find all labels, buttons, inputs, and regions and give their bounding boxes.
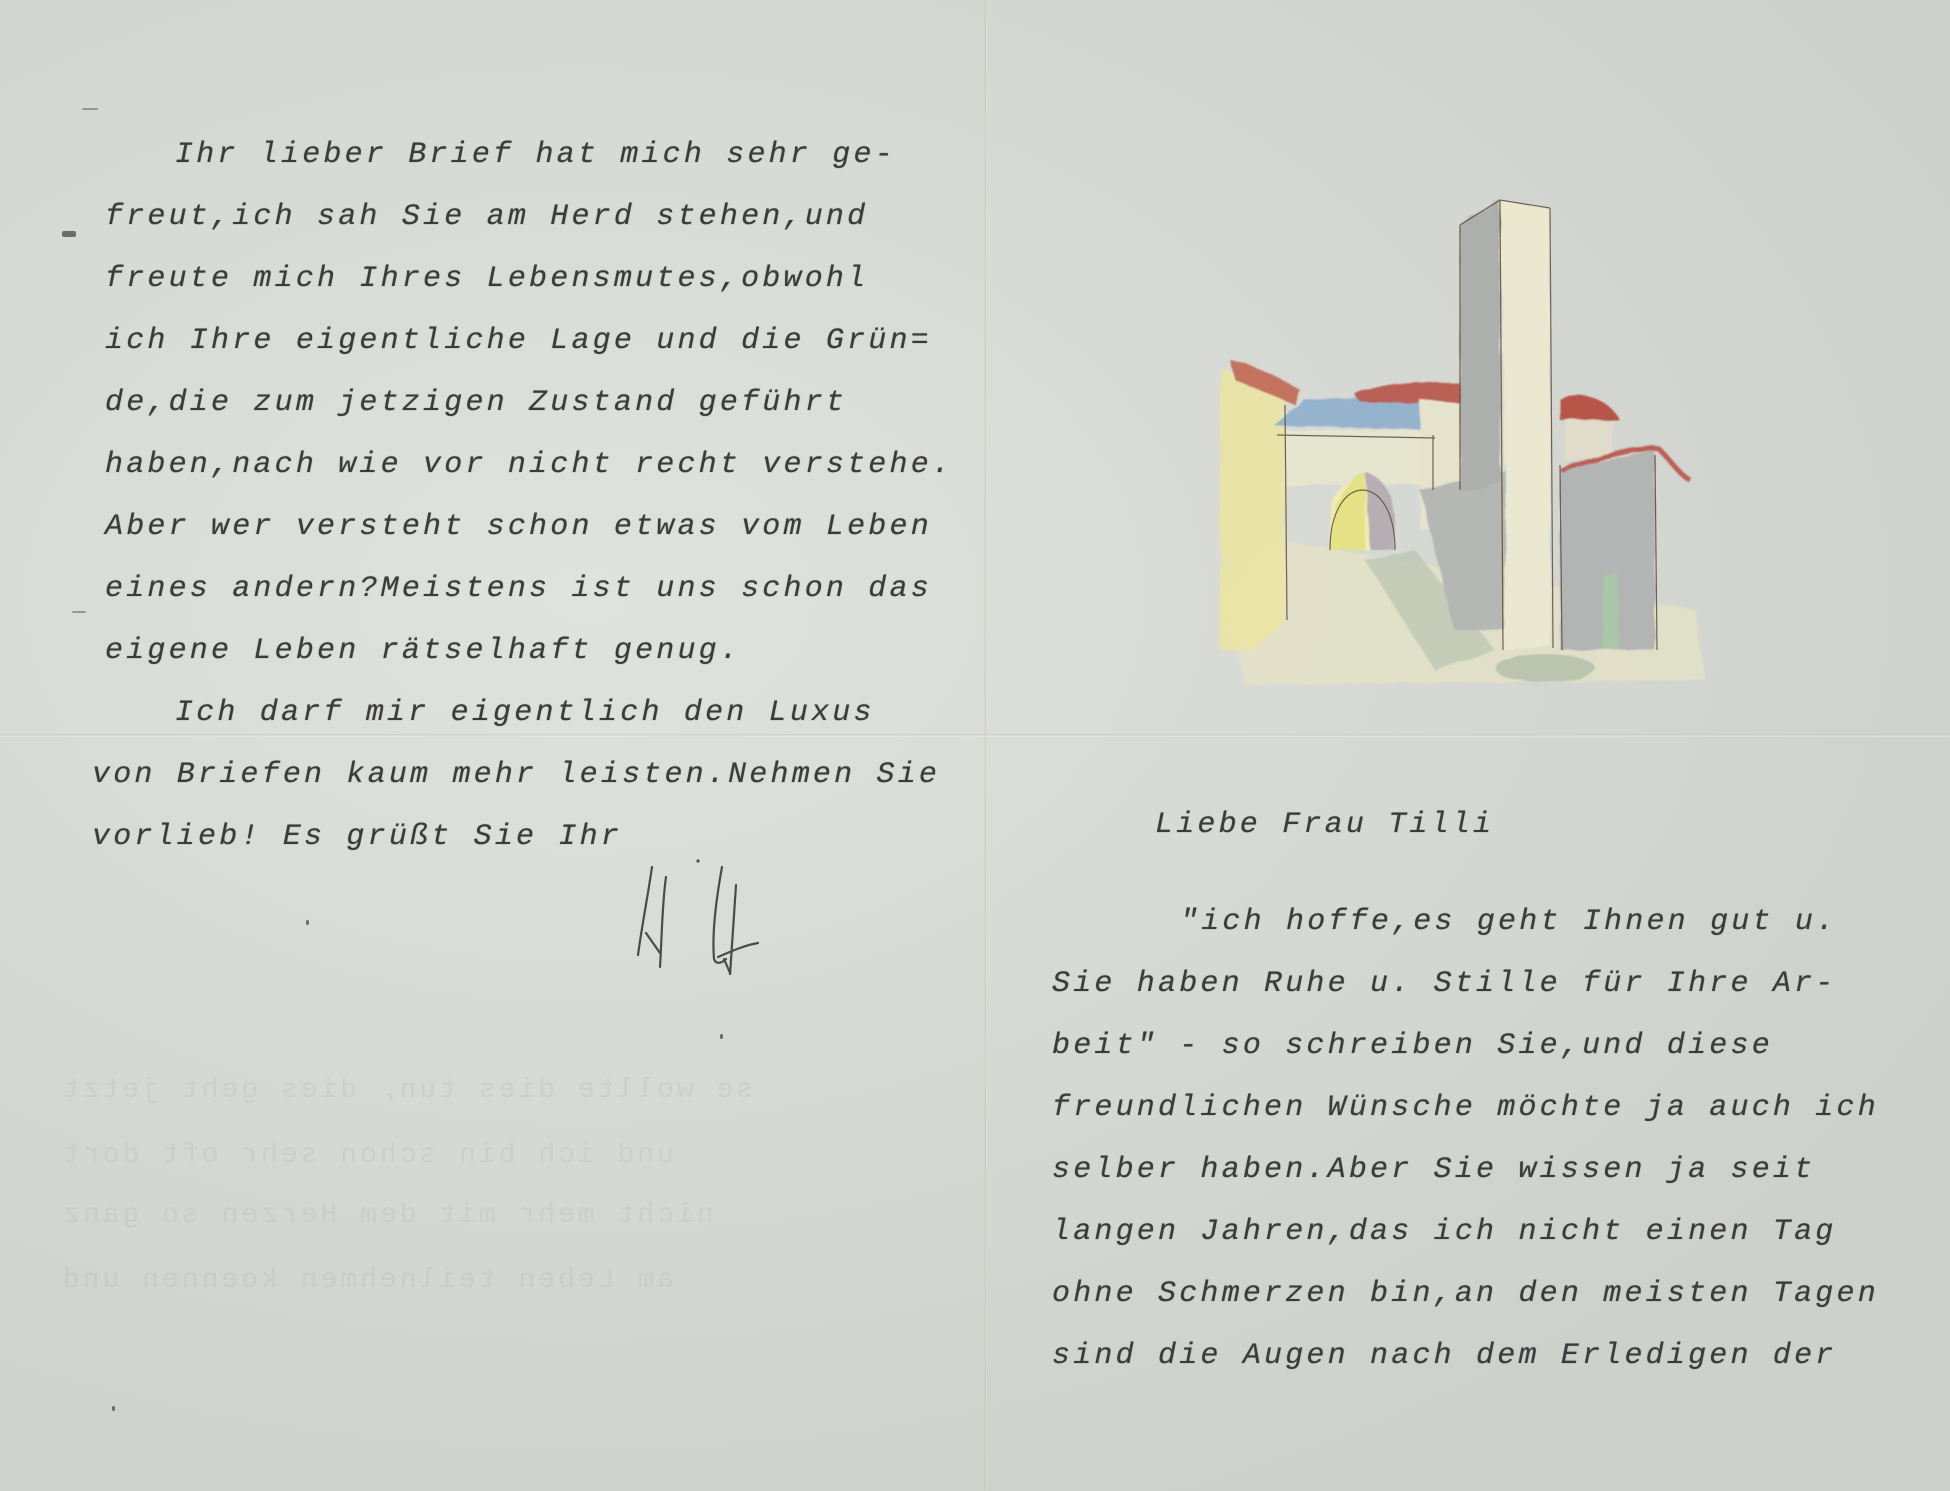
show-through-text: am Leben teilnehmen koennen und — [60, 1265, 674, 1296]
vertical-fold-line — [984, 0, 987, 1491]
show-through-text: und ich bin schon sehr oft dort — [60, 1140, 674, 1171]
margin-mark — [72, 611, 86, 613]
text-line: selber haben.Aber Sie wissen ja seit — [1052, 1153, 1815, 1187]
text-line: "ich hoffe,es geht Ihnen gut u. — [1180, 905, 1837, 939]
text-line: von Briefen kaum mehr leisten.Nehmen Sie — [92, 758, 940, 792]
text-line: eigene Leben rätselhaft genug. — [105, 634, 741, 668]
text-line: freundlichen Wünsche möchte ja auch ich — [1052, 1091, 1879, 1125]
show-through-text: nicht mehr mit dem Herzen so ganz — [60, 1200, 714, 1231]
text-line: haben,nach wie vor nicht recht verstehe. — [105, 448, 953, 482]
horizontal-fold-line — [0, 734, 1950, 737]
margin-mark — [62, 231, 76, 237]
text-line: Sie haben Ruhe u. Stille für Ihre Ar- — [1052, 967, 1837, 1001]
watercolor-illustration — [1215, 180, 1715, 700]
salutation: Liebe Frau Tilli — [1155, 808, 1494, 842]
text-line: sind die Augen nach dem Erledigen der — [1052, 1339, 1837, 1373]
text-line: de,die zum jetzigen Zustand geführt — [105, 386, 847, 420]
text-line: eines andern?Meistens ist uns schon das — [105, 572, 932, 606]
text-line: beit" - so schreiben Sie,und diese — [1052, 1029, 1773, 1063]
margin-mark — [82, 108, 98, 110]
text-line: freut,ich sah Sie am Herd stehen,und — [105, 200, 868, 234]
text-line: Ich darf mir eigentlich den Luxus — [175, 696, 875, 730]
text-line: ich Ihre eigentliche Lage und die Grün= — [105, 324, 932, 358]
margin-mark — [112, 1406, 115, 1411]
text-line: ohne Schmerzen bin,an den meisten Tagen — [1052, 1277, 1879, 1311]
text-line: langen Jahren,das ich nicht einen Tag — [1052, 1215, 1837, 1249]
handwritten-signature — [630, 855, 780, 975]
text-line: vorlieb! Es grüßt Sie Ihr — [92, 820, 622, 854]
text-line: Aber wer versteht schon etwas vom Leben — [105, 510, 932, 544]
text-line: Ihr lieber Brief hat mich sehr ge- — [175, 138, 896, 172]
text-line: freute mich Ihres Lebensmutes,obwohl — [105, 262, 868, 296]
margin-mark — [306, 920, 309, 925]
margin-mark — [720, 1034, 723, 1039]
show-through-text: se wollte dies tun, dies geht jetzt — [60, 1075, 753, 1106]
